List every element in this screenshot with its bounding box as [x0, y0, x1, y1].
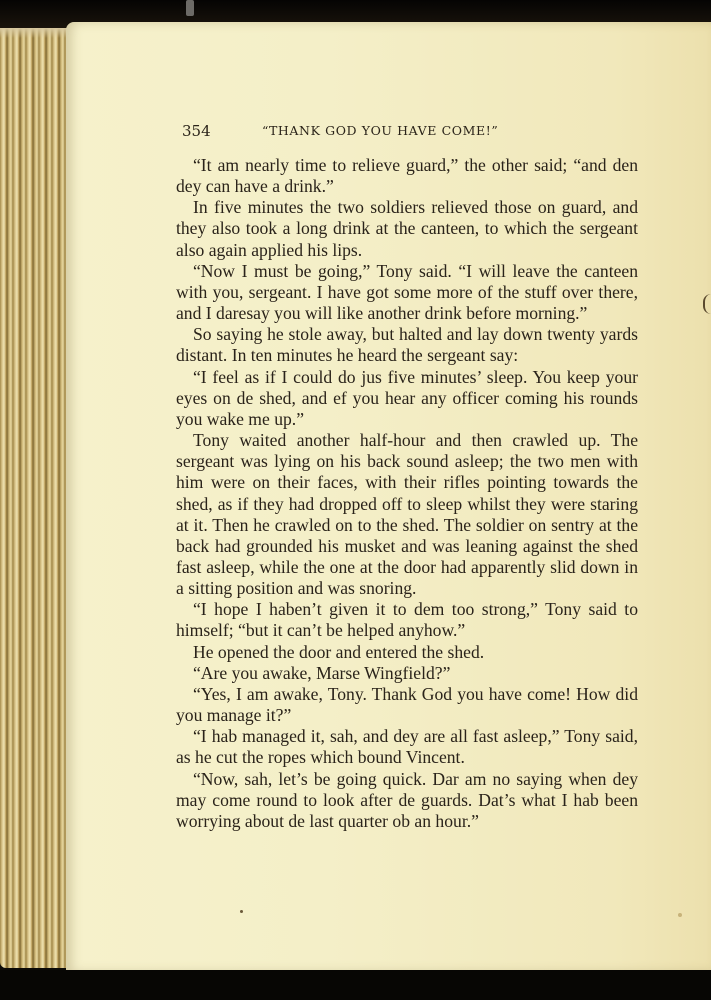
scan-background-bottom [0, 970, 711, 1000]
paragraph: “Now, sah, let’s be going quick. Dar am … [176, 769, 638, 832]
page-stack-edges [0, 28, 68, 968]
paragraph: “I feel as if I could do jus five minute… [176, 367, 638, 430]
paragraph: “Yes, I am awake, Tony. Thank God you ha… [176, 684, 638, 726]
paragraph: So saying he stole away, but halted and … [176, 324, 638, 366]
scanned-book-page: 354 “THANK GOD YOU HAVE COME!” “It am ne… [0, 0, 711, 1000]
paragraph: He opened the door and entered the shed. [176, 642, 638, 663]
paper-speck [240, 910, 243, 913]
paragraph: “It am nearly time to relieve guard,” th… [176, 155, 638, 197]
paragraph: “I hope I haben’t given it to dem too st… [176, 599, 638, 641]
page-header: 354 “THANK GOD YOU HAVE COME!” [182, 122, 638, 146]
paper-speck [678, 913, 682, 917]
running-head: “THANK GOD YOU HAVE COME!” [262, 123, 498, 138]
margin-mark [703, 294, 711, 314]
paragraph: “I hab managed it, sah, and dey are all … [176, 726, 638, 768]
paragraph: Tony waited another half-hour and then c… [176, 430, 638, 599]
bookmark-ribbon [186, 0, 194, 16]
paragraph: “Are you awake, Marse Wingfield?” [176, 663, 638, 684]
paragraph: In five minutes the two soldiers relieve… [176, 197, 638, 260]
body-text: “It am nearly time to relieve guard,” th… [176, 155, 638, 832]
paragraph: “Now I must be going,” Tony said. “I wil… [176, 261, 638, 324]
page-number: 354 [182, 122, 211, 140]
